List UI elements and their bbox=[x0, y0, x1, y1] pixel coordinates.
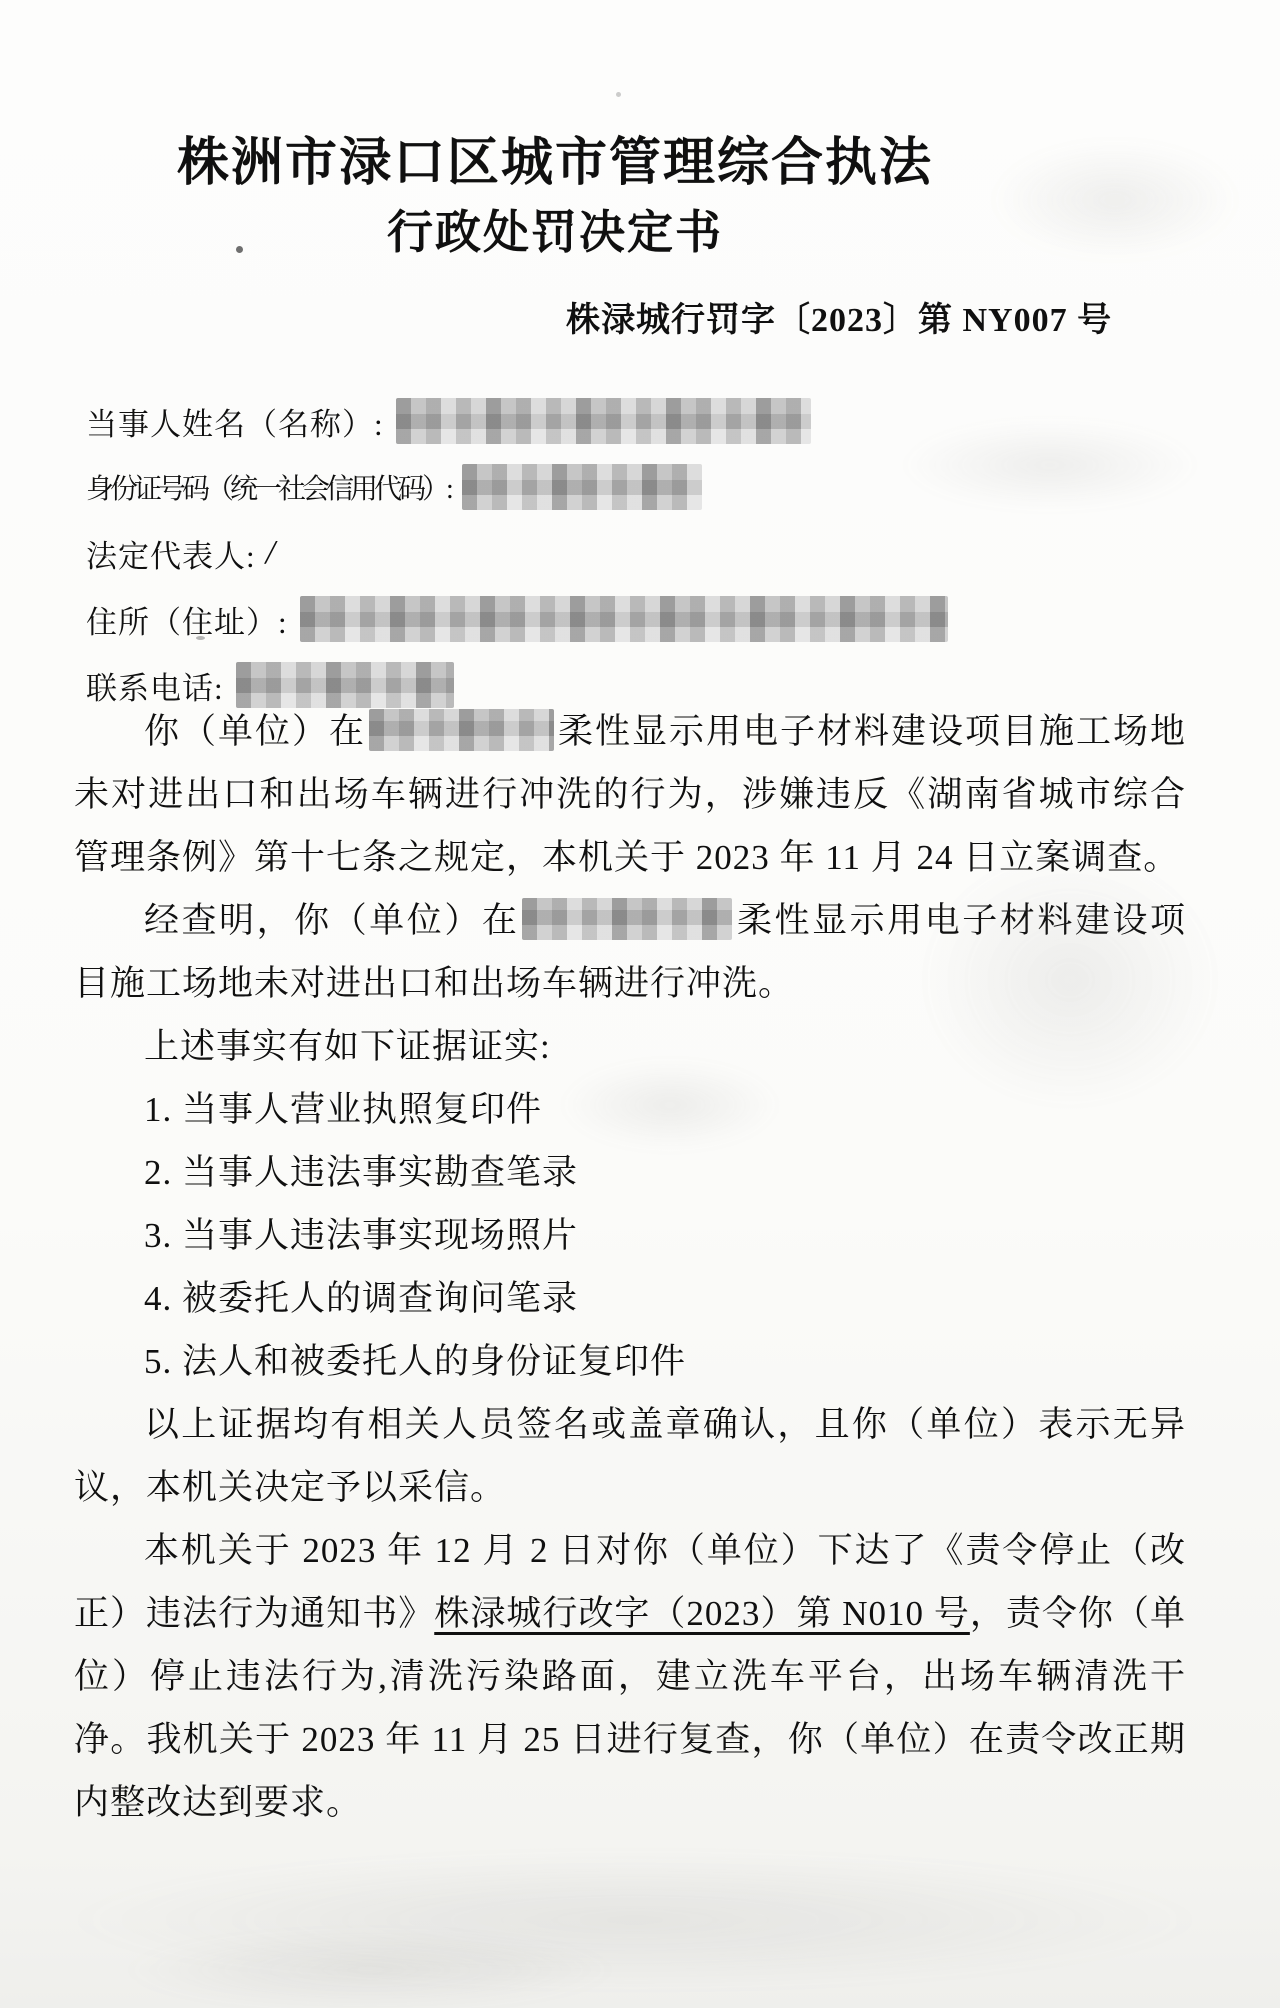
id-label: 身份证号码（统一社会信用代码）: bbox=[86, 467, 450, 507]
ink-speckle bbox=[616, 92, 621, 97]
field-row-legal-rep: 法定代表人: / bbox=[86, 520, 948, 586]
legal-rep-value: / bbox=[266, 534, 275, 572]
evidence-item-3: 3. 当事人违法事实现场照片 bbox=[74, 1204, 1186, 1267]
ghost-smudge bbox=[900, 420, 1200, 510]
document-number: 株渌城行罚字〔2023〕第 NY007 号 bbox=[566, 292, 1112, 341]
paragraph-allegation-pre: 你（单位）在 bbox=[144, 712, 366, 751]
legal-rep-label: 法定代表人: bbox=[86, 531, 256, 576]
redacted-id-value bbox=[462, 464, 702, 510]
ink-speckle bbox=[236, 246, 243, 253]
paragraph-findings-pre: 经查明，你（单位）在 bbox=[144, 901, 519, 940]
evidence-item-4: 4. 被委托人的调查询问笔录 bbox=[74, 1267, 1186, 1330]
field-row-id: 身份证号码（统一社会信用代码）: bbox=[86, 454, 948, 520]
redacted-address-value bbox=[300, 596, 948, 642]
evidence-item-2: 2. 当事人违法事实勘查笔录 bbox=[74, 1141, 1186, 1204]
party-info-section: 当事人姓名（名称）: 身份证号码（统一社会信用代码）: 法定代表人: / 住所（… bbox=[86, 388, 948, 718]
field-row-name: 当事人姓名（名称）: bbox=[86, 388, 948, 454]
redacted-project-location-2 bbox=[522, 898, 732, 940]
document-title-line1: 株洲市渌口区城市管理综合执法 bbox=[0, 120, 1110, 195]
ghost-smudge bbox=[990, 140, 1240, 260]
field-row-address: 住所（住址）: bbox=[86, 586, 948, 652]
address-label: 住所（住址）: bbox=[86, 597, 288, 642]
redacted-project-location bbox=[369, 709, 554, 751]
ink-speckle bbox=[196, 636, 205, 640]
paragraph-evidence-confirmation: 以上证据均有相关人员签名或盖章确认，且你（单位）表示无异议，本机关决定予以采信。 bbox=[74, 1393, 1186, 1519]
scanned-document-page: 株洲市渌口区城市管理综合执法 行政处罚决定书 株渌城行罚字〔2023〕第 NY0… bbox=[0, 0, 1280, 2008]
name-label: 当事人姓名（名称）: bbox=[86, 399, 384, 444]
ghost-smudge bbox=[920, 850, 1220, 1110]
redacted-name-value bbox=[396, 398, 811, 444]
underlined-doc-ref: 株渌城行改字（2023）第 N010 号 bbox=[434, 1594, 970, 1633]
document-title-line2: 行政处罚决定书 bbox=[0, 196, 1110, 262]
ghost-smudge bbox=[120, 1930, 620, 2008]
paragraph-correction-order: 本机关于 2023 年 12 月 2 日对你（单位）下达了《责令停止（改正）违法… bbox=[74, 1519, 1186, 1834]
evidence-item-5: 5. 法人和被委托人的身份证复印件 bbox=[74, 1330, 1186, 1393]
ghost-smudge bbox=[560, 1060, 780, 1150]
